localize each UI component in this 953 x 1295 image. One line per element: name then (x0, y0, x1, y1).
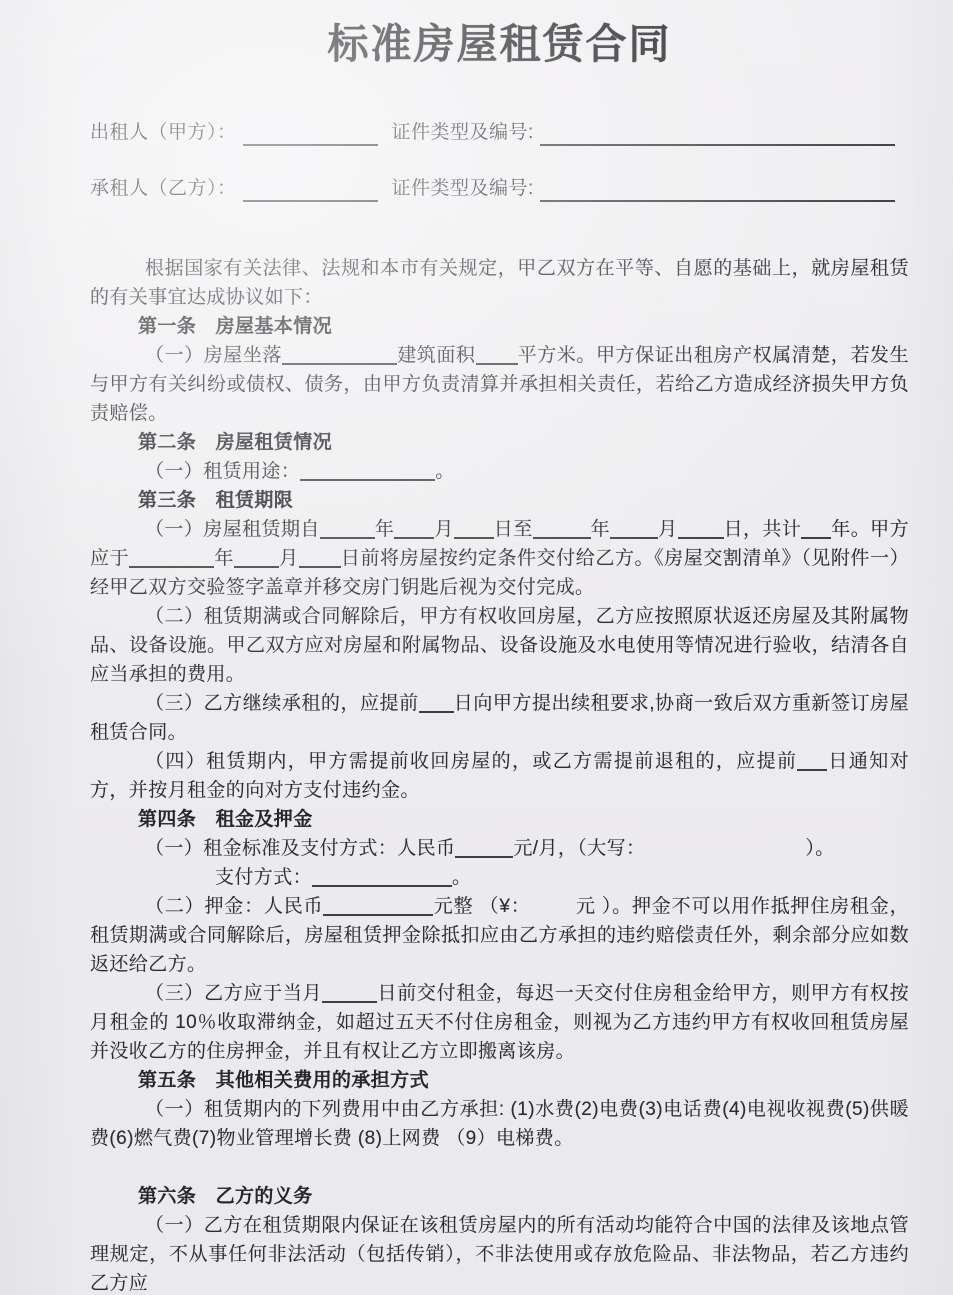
contract-paragraph: （四）租赁期内，甲方需提前收回房屋的，或乙方需提前退租的，应提前日通知对方，并按… (90, 747, 909, 805)
text-run: 月 (658, 519, 677, 540)
fill-in-blank (454, 522, 494, 539)
id-type-number-blank (540, 129, 895, 146)
fill-in-blank (320, 522, 375, 539)
text-run: 第一条 房屋基本情况 (138, 316, 332, 337)
contract-paragraph: （二）押金：人民币元整 （¥：元 ）。押金不可以用作抵押住房租金，租赁期满或合同… (90, 892, 909, 979)
text-run: （二）租赁期满或合同解除后，甲方有权收回房屋，乙方应按照原状返还房屋及其附属物品… (90, 606, 909, 685)
text-run: 月 (279, 548, 299, 569)
text-run: 。 (435, 461, 454, 482)
party-name-blank (243, 129, 378, 146)
fill-in-blank (394, 522, 434, 539)
contract-paragraph: （二）租赁期满或合同解除后，甲方有权收回房屋，乙方应按照原状返还房屋及其附属物品… (90, 602, 909, 689)
text-run: 第二条 房屋租赁情况 (138, 432, 332, 453)
text-run: 第三条 租赁期限 (138, 490, 293, 511)
text-run: 根据国家有关法律、法规和本市有关规定，甲乙双方在平等、自愿的基础上，就房屋租赁的… (90, 258, 909, 308)
spacer-line (90, 1153, 909, 1182)
party-name-label: 出租人（甲方）： (90, 117, 237, 146)
section-heading: 第三条 租赁期限 (90, 486, 909, 515)
text-run: （一）租金标准及支付方式：人民币 (145, 838, 455, 859)
blank-space (645, 844, 805, 854)
text-run: ）。 (805, 838, 834, 859)
text-run: （三）乙方继续承租的，应提前 (145, 693, 419, 714)
blank-space (531, 902, 576, 912)
fill-in-blank (678, 522, 724, 539)
text-run: 日，共计 (724, 519, 802, 540)
text-run: 。 (452, 867, 471, 888)
fill-in-blank (455, 841, 513, 858)
fill-in-blank (797, 754, 827, 771)
text-run: （四）租赁期内，甲方需提前收回房屋的，或乙方需提前退租的，应提前 (145, 751, 797, 772)
section-heading: 第六条 乙方的义务 (90, 1182, 909, 1211)
contract-paragraph: 根据国家有关法律、法规和本市有关规定，甲乙双方在平等、自愿的基础上，就房屋租赁的… (90, 254, 909, 312)
text-run: 月 (434, 519, 453, 540)
text-run: （一）房屋坐落 (145, 345, 282, 366)
text-run: 第六条 乙方的义务 (138, 1186, 313, 1207)
fill-in-blank (129, 551, 214, 568)
fill-in-blank (533, 522, 591, 539)
contract-page: 标准房屋租赁合同 出租人（甲方）：证件类型及编号:承租人（乙方）：证件类型及编号… (0, 0, 953, 1295)
text-run: 支付方式： (215, 867, 312, 888)
party-name-blank (243, 185, 378, 202)
fill-in-blank (801, 522, 831, 539)
text-run: （一）房屋租赁期自 (145, 519, 320, 540)
text-run: （二）押金：人民币 (145, 896, 323, 917)
text-run: 第四条 租金及押金 (138, 809, 313, 830)
text-run: 元整 （¥： (433, 896, 530, 917)
contract-paragraph: （一）租金标准及支付方式：人民币元/月，（大写：）。 (90, 834, 909, 863)
text-run: 建筑面积 (397, 345, 475, 366)
fill-in-blank (323, 899, 433, 916)
section-heading: 第五条 其他相关费用的承担方式 (90, 1066, 909, 1095)
contract-paragraph: （一）租赁期内的下列费用中由乙方承担: (1)水费(2)电费(3)电话费(4)电… (90, 1095, 909, 1153)
text-run: 日至 (494, 519, 533, 540)
fill-in-blank (419, 696, 454, 713)
text-run: （一）租赁用途： (145, 461, 300, 482)
section-heading: 第一条 房屋基本情况 (90, 312, 909, 341)
id-type-number-blank (540, 185, 895, 202)
parties-section: 出租人（甲方）：证件类型及编号:承租人（乙方）：证件类型及编号: (90, 116, 909, 202)
text-run: 元/月，（大写： (513, 838, 645, 859)
contract-paragraph: （一）房屋坐落建筑面积平方米。甲方保证出租房产权属清楚，若发生与甲方有关纠纷或债… (90, 341, 909, 428)
fill-in-blank (610, 522, 658, 539)
text-run: 第五条 其他相关费用的承担方式 (138, 1070, 429, 1091)
text-run: 年 (375, 519, 394, 540)
text-run: 年 (214, 548, 234, 569)
contract-paragraph: （一）租赁用途：。 (90, 457, 909, 486)
contract-paragraph: （三）乙方继续承租的，应提前日向甲方提出续租要求,协商一致后双方重新签订房屋租赁… (90, 689, 909, 747)
text-run: （三）乙方应于当月 (145, 983, 322, 1004)
fill-in-blank (282, 348, 397, 365)
id-type-number-label: 证件类型及编号: (392, 117, 534, 146)
id-type-number-label: 证件类型及编号: (392, 173, 534, 202)
party-row-lessor: 出租人（甲方）：证件类型及编号: (90, 116, 909, 146)
text-run: （一）租赁期内的下列费用中由乙方承担: (1)水费(2)电费(3)电话费(4)电… (90, 1099, 909, 1149)
contract-body: 根据国家有关法律、法规和本市有关规定，甲乙双方在平等、自愿的基础上，就房屋租赁的… (90, 254, 909, 1295)
section-heading: 第二条 房屋租赁情况 (90, 428, 909, 457)
party-row-lessee: 承租人（乙方）：证件类型及编号: (90, 172, 909, 202)
text-run: （一）乙方在租赁期限内保证在该租赁房屋内的所有活动均能符合中国的法律及该地点管理… (90, 1215, 909, 1294)
fill-in-blank (312, 870, 452, 887)
contract-paragraph: （三）乙方应于当月日前交付租金，每迟一天交付住房租金给甲方，则甲方有权按月租金的… (90, 979, 909, 1066)
fill-in-blank (300, 464, 435, 481)
fill-in-blank (234, 551, 279, 568)
contract-paragraph: （一）乙方在租赁期限内保证在该租赁房屋内的所有活动均能符合中国的法律及该地点管理… (90, 1211, 909, 1295)
text-run: 年 (591, 519, 610, 540)
section-heading: 第四条 租金及押金 (90, 805, 909, 834)
fill-in-blank (476, 348, 518, 365)
contract-paragraph: （一）房屋租赁期自年月日至年月日，共计年。甲方应于年月日前将房屋按约定条件交付给… (90, 515, 909, 602)
fill-in-blank (322, 986, 377, 1003)
contract-paragraph: 支付方式：。 (90, 863, 909, 892)
document-title: 标准房屋租赁合同 (90, 16, 909, 72)
party-name-label: 承租人（乙方）： (90, 173, 237, 202)
fill-in-blank (299, 551, 341, 568)
